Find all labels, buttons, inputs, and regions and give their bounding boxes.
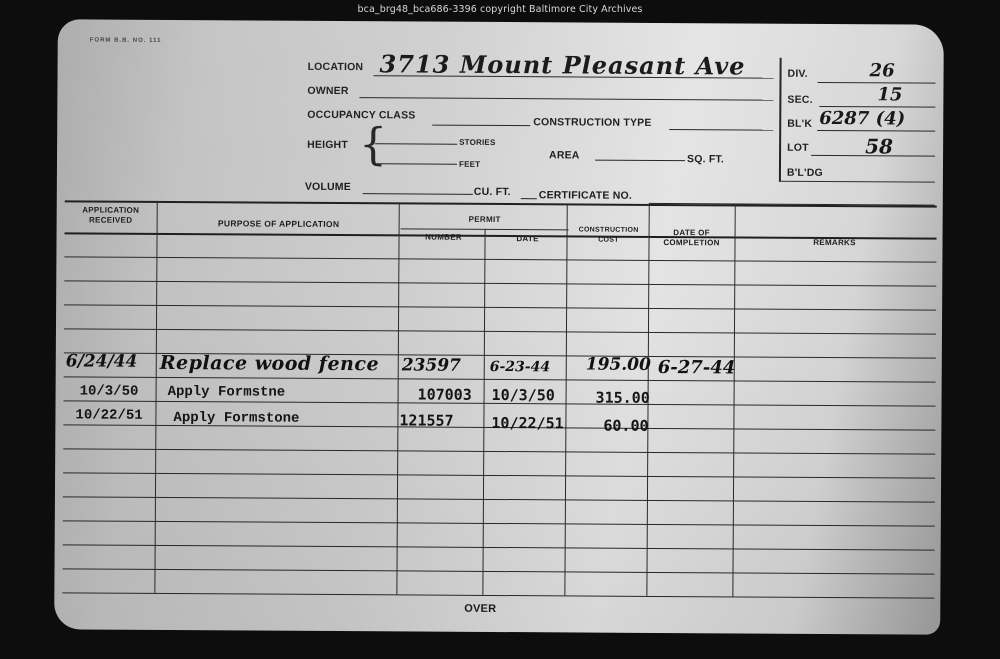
div-line bbox=[817, 82, 935, 84]
stories-line bbox=[375, 143, 457, 145]
row-line bbox=[63, 472, 935, 478]
row2-permit-date: 10/3/50 bbox=[492, 386, 555, 404]
row1-permit-number: 23597 bbox=[402, 355, 461, 375]
blk-value: 6287 (4) bbox=[819, 108, 905, 130]
row3-permit-date: 10/22/51 bbox=[491, 414, 563, 432]
bldg-label: B'L'DG bbox=[787, 167, 823, 179]
column-divider bbox=[154, 201, 157, 593]
certificate-label: CERTIFICATE NO. bbox=[539, 189, 632, 202]
blk-line bbox=[817, 130, 935, 132]
location-label: LOCATION bbox=[308, 61, 364, 73]
height-label: HEIGHT bbox=[307, 139, 348, 151]
row2-purpose: Apply Formstne bbox=[168, 384, 286, 401]
permit-record-card: FORM B.B. NO. 111 LOCATION 3713 Mount Pl… bbox=[54, 19, 944, 634]
volume-line bbox=[363, 193, 473, 195]
row-line bbox=[64, 376, 936, 382]
construction-type-line bbox=[669, 129, 773, 131]
lot-label: LOT bbox=[787, 142, 809, 154]
column-divider bbox=[732, 204, 735, 596]
row-line bbox=[63, 496, 935, 502]
row-line bbox=[63, 544, 935, 550]
lot-value: 58 bbox=[865, 134, 893, 158]
sec-value: 15 bbox=[877, 84, 902, 105]
feet-line bbox=[375, 163, 457, 165]
row2-permit-number: 107003 bbox=[418, 386, 472, 404]
row-line bbox=[64, 256, 936, 262]
div-label: DIV. bbox=[788, 68, 808, 80]
header-permit: PERMIT bbox=[401, 214, 569, 225]
header-application-received: APPLICATION RECEIVED bbox=[69, 205, 153, 226]
location-value: 3713 Mount Pleasant Ave bbox=[380, 49, 746, 80]
sq-ft-label: SQ. FT. bbox=[687, 153, 724, 165]
row2-construction-cost: 315.00 bbox=[596, 389, 650, 407]
row3-permit-number: 121557 bbox=[399, 411, 453, 429]
row2-application-received: 10/3/50 bbox=[80, 383, 139, 399]
area-label: AREA bbox=[549, 149, 580, 161]
form-number: FORM B.B. NO. 111 bbox=[90, 37, 162, 43]
row3-application-received: 10/22/51 bbox=[75, 407, 142, 423]
row1-construction-cost: 195.00 bbox=[586, 355, 651, 375]
row-line bbox=[64, 304, 936, 310]
sec-label: SEC. bbox=[787, 94, 812, 106]
row-line bbox=[63, 448, 935, 454]
feet-label: FEET bbox=[459, 160, 480, 169]
parcel-box-bottom-border bbox=[779, 181, 935, 183]
occupancy-class-line bbox=[432, 125, 530, 127]
table-bottom-border bbox=[62, 592, 934, 598]
cu-ft-label: CU. FT. bbox=[474, 186, 511, 198]
stories-label: STORIES bbox=[459, 138, 495, 147]
column-divider bbox=[396, 202, 399, 594]
owner-line bbox=[359, 97, 773, 101]
table-top-border bbox=[65, 200, 937, 207]
owner-label: OWNER bbox=[307, 85, 348, 97]
brace-icon: { bbox=[359, 123, 387, 167]
volume-label: VOLUME bbox=[305, 181, 351, 193]
row-line bbox=[63, 568, 935, 574]
row3-purpose: Apply Formstone bbox=[173, 410, 299, 427]
area-line bbox=[595, 160, 685, 162]
row3-construction-cost: 60.00 bbox=[603, 417, 648, 435]
row1-purpose: Replace wood fence bbox=[160, 352, 379, 375]
over-label: OVER bbox=[464, 603, 496, 615]
row-line bbox=[64, 328, 936, 334]
construction-type-label: CONSTRUCTION TYPE bbox=[533, 116, 651, 129]
row1-application-received: 6/24/44 bbox=[66, 351, 138, 371]
row-line bbox=[64, 280, 936, 286]
div-value: 26 bbox=[870, 60, 895, 81]
row1-permit-date: 6-23-44 bbox=[490, 359, 550, 375]
column-divider bbox=[564, 203, 567, 595]
cu-ft-line bbox=[521, 198, 537, 199]
parcel-box-left-border bbox=[779, 58, 782, 182]
image-caption: bca_brg48_bca686-3396 copyright Baltimor… bbox=[0, 4, 1000, 15]
row1-date-of-completion: 6-27-44 bbox=[658, 357, 736, 378]
blk-label: BL'K bbox=[787, 118, 812, 130]
row-line bbox=[63, 520, 935, 526]
header-purpose: PURPOSE OF APPLICATION bbox=[161, 218, 397, 229]
